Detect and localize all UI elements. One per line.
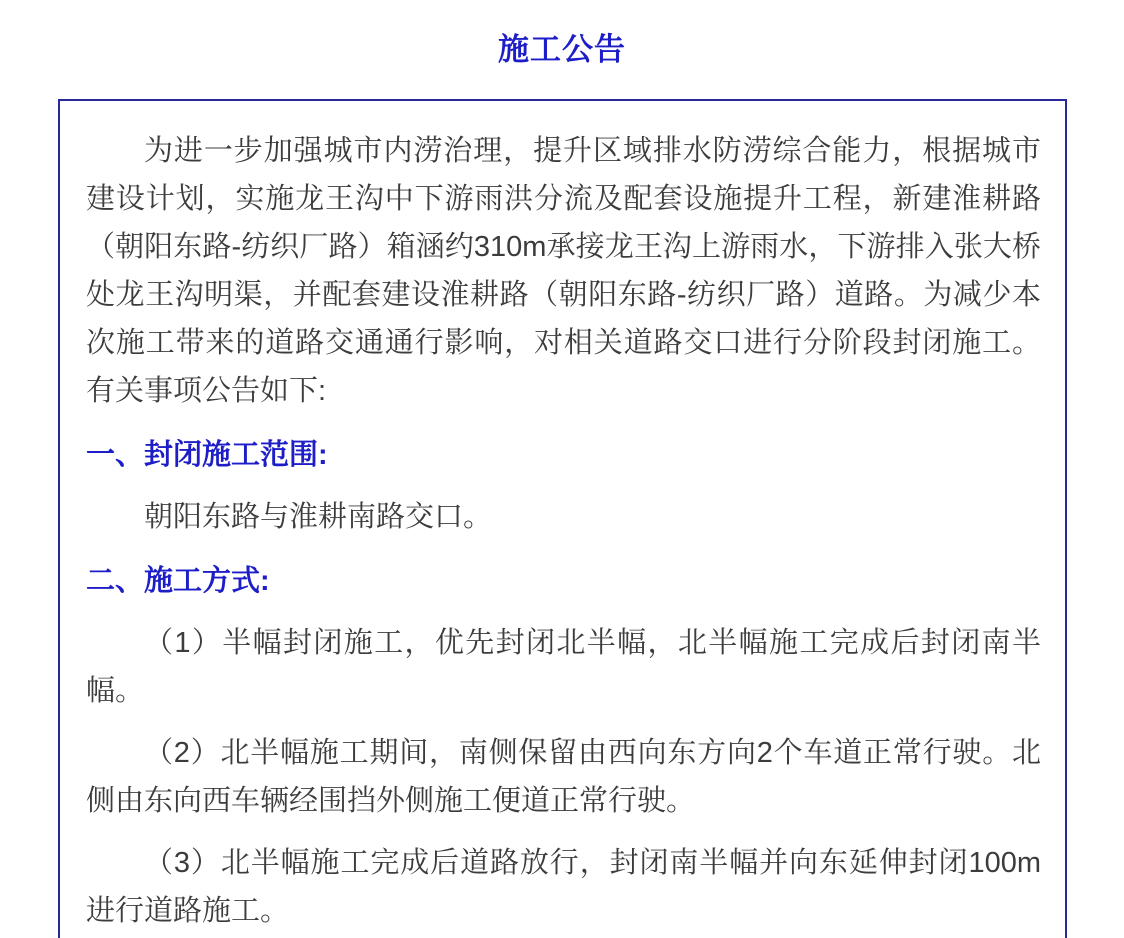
section-1-paragraph-1: 朝阳东路与淮耕南路交口。 [86, 493, 1041, 541]
page-title: 施工公告 [0, 24, 1124, 69]
intro-paragraph: 为进一步加强城市内涝治理，提升区域排水防涝综合能力，根据城市建设计划，实施龙王沟… [86, 127, 1041, 415]
section-2-paragraph-1: （1）半幅封闭施工，优先封闭北半幅，北半幅施工完成后封闭南半幅。 [86, 619, 1041, 715]
notice-box: 为进一步加强城市内涝治理，提升区域排水防涝综合能力，根据城市建设计划，实施龙王沟… [58, 99, 1067, 938]
section-2-paragraph-2: （2）北半幅施工期间，南侧保留由西向东方向2个车道正常行驶。北侧由东向西车辆经围… [86, 729, 1041, 825]
notice-page: 施工公告 为进一步加强城市内涝治理，提升区域排水防涝综合能力，根据城市建设计划，… [0, 0, 1124, 938]
section-1-heading: 一、封闭施工范围: [86, 431, 1041, 479]
section-2-paragraph-3: （3）北半幅施工完成后道路放行，封闭南半幅并向东延伸封闭100m进行道路施工。 [86, 839, 1041, 935]
section-2-heading: 二、施工方式: [86, 557, 1041, 605]
